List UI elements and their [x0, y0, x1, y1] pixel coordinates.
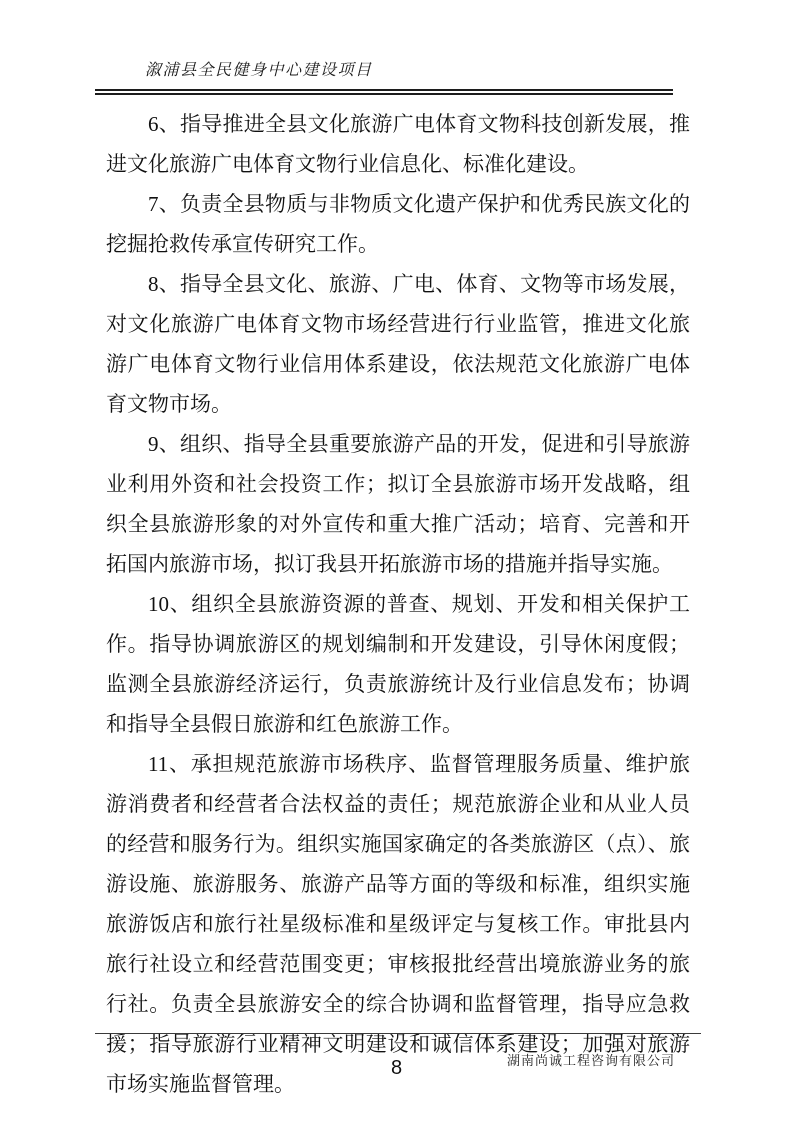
body-paragraph: 8、指导全县文化、旅游、广电、体育、文物等市场发展，对文化旅游广电体育文物市场经… — [106, 264, 690, 424]
document-page: 溆浦县全民健身中心建设项目 6、指导推进全县文化旅游广电体育文物科技创新发展，推… — [0, 0, 793, 1122]
body-paragraph: 7、负责全县物质与非物质文化遗产保护和优秀民族文化的挖掘抢救传承宣传研究工作。 — [106, 184, 690, 264]
page-number: 8 — [0, 1057, 793, 1080]
body-paragraph: 10、组织全县旅游资源的普查、规划、开发和相关保护工作。指导协调旅游区的规划编制… — [106, 584, 690, 744]
document-body: 6、指导推进全县文化旅游广电体育文物科技创新发展，推进文化旅游广电体育文物行业信… — [106, 104, 690, 1104]
header-rule — [95, 89, 673, 95]
page-header-title: 溆浦县全民健身中心建设项目 — [145, 57, 373, 80]
body-paragraph: 9、组织、指导全县重要旅游产品的开发，促进和引导旅游业利用外资和社会投资工作；拟… — [106, 424, 690, 584]
body-paragraph: 6、指导推进全县文化旅游广电体育文物科技创新发展，推进文化旅游广电体育文物行业信… — [106, 104, 690, 184]
footer-rule — [95, 1033, 701, 1034]
